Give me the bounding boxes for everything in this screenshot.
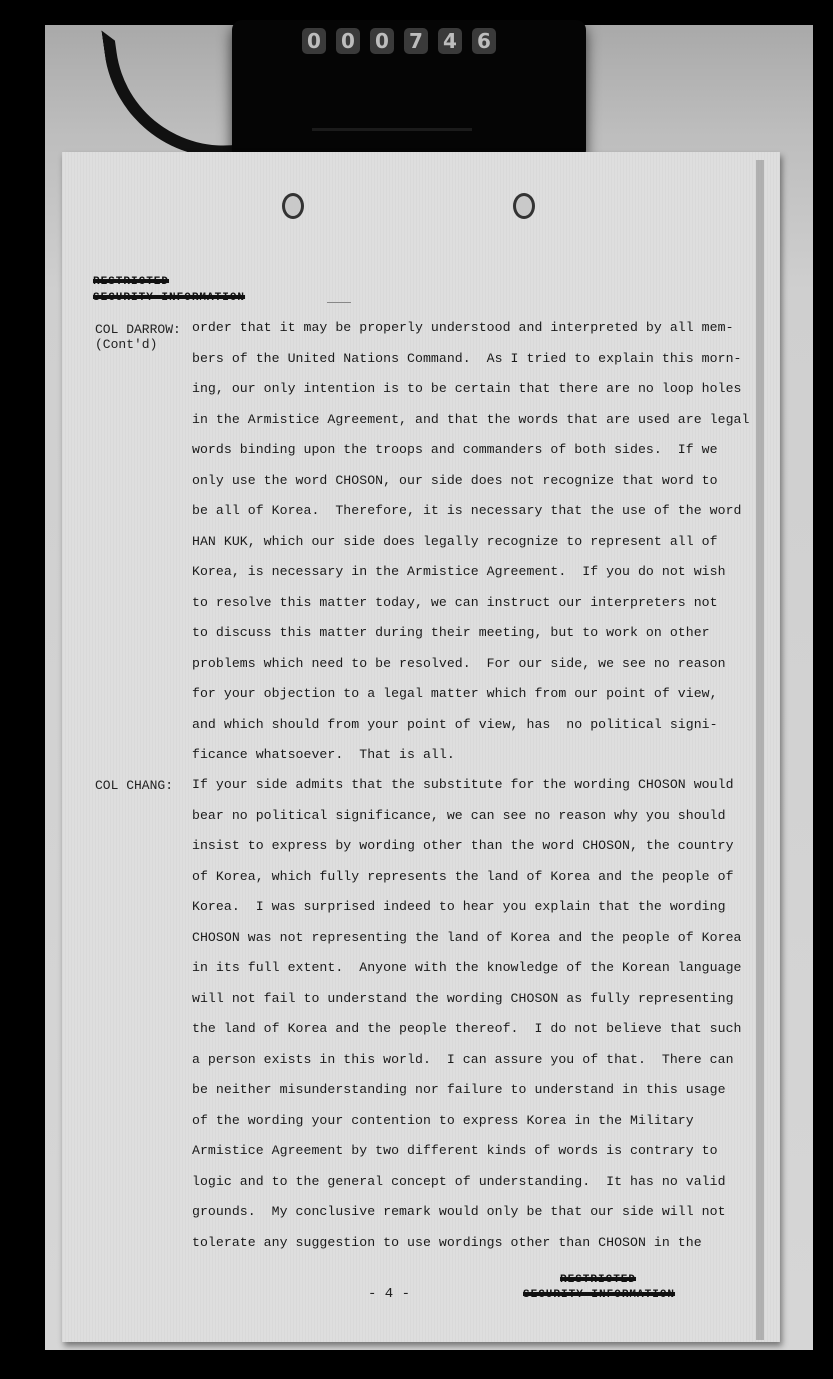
page-number: - 4 -: [368, 1286, 410, 1302]
text-line: insist to express by wording other than …: [192, 831, 732, 862]
counter-digit: 7: [404, 28, 428, 54]
text-line: in its full extent. Anyone with the know…: [192, 953, 732, 984]
frame-counter: 0 0 0 7 4 6: [232, 20, 586, 160]
text-line: a person exists in this world. I can ass…: [192, 1045, 732, 1076]
text-line: only use the word CHOSON, our side does …: [192, 466, 732, 497]
text-line: bers of the United Nations Command. As I…: [192, 344, 732, 375]
text-line: and which should from your point of view…: [192, 710, 732, 741]
counter-digit: 6: [472, 28, 496, 54]
punch-hole-left-icon: [282, 193, 304, 219]
counter-slot: [312, 128, 472, 131]
footer-stamp-security: SECURITY INFORMATION: [523, 1289, 675, 1301]
text-line: of the wording your contention to expres…: [192, 1106, 732, 1137]
text-line: to resolve this matter today, we can ins…: [192, 588, 732, 619]
punch-hole-right-icon: [513, 193, 535, 219]
text-line: be neither misunderstanding nor failure …: [192, 1075, 732, 1106]
speaker-label-darrow: COL DARROW: (Cont'd): [95, 322, 181, 352]
text-line: order that it may be properly understood…: [192, 313, 732, 344]
header-stamp-restricted: RESTRICTED: [93, 276, 169, 288]
text-line: tolerate any suggestion to use wordings …: [192, 1228, 732, 1259]
text-line: logic and to the general concept of unde…: [192, 1167, 732, 1198]
speech-chang: If your side admits that the substitute …: [192, 770, 732, 1258]
speaker-label-chang: COL CHANG:: [95, 778, 173, 793]
text-line: HAN KUK, which our side does legally rec…: [192, 527, 732, 558]
counter-digit: 4: [438, 28, 462, 54]
text-line: Armistice Agreement by two different kin…: [192, 1136, 732, 1167]
text-line: be all of Korea. Therefore, it is necess…: [192, 496, 732, 527]
text-line: bear no political significance, we can s…: [192, 801, 732, 832]
page-edge-shadow: [756, 160, 764, 1340]
text-line: Korea. I was surprised indeed to hear yo…: [192, 892, 732, 923]
text-line: in the Armistice Agreement, and that the…: [192, 405, 732, 436]
header-stamp-security: SECURITY INFORMATION: [93, 292, 245, 304]
text-line: words binding upon the troops and comman…: [192, 435, 732, 466]
header-rule: [327, 302, 351, 303]
text-line: to discuss this matter during their meet…: [192, 618, 732, 649]
text-line: the land of Korea and the people thereof…: [192, 1014, 732, 1045]
counter-digit: 0: [302, 28, 326, 54]
counter-digit: 0: [370, 28, 394, 54]
speech-darrow: order that it may be properly understood…: [192, 313, 732, 771]
text-line: ing, our only intention is to be certain…: [192, 374, 732, 405]
text-line: Korea, is necessary in the Armistice Agr…: [192, 557, 732, 588]
footer-stamp-restricted: RESTRICTED: [560, 1274, 636, 1286]
text-line: of Korea, which fully represents the lan…: [192, 862, 732, 893]
text-line: If your side admits that the substitute …: [192, 770, 732, 801]
text-line: problems which need to be resolved. For …: [192, 649, 732, 680]
text-line: CHOSON was not representing the land of …: [192, 923, 732, 954]
frame-counter-digits: 0 0 0 7 4 6: [302, 28, 496, 54]
text-line: grounds. My conclusive remark would only…: [192, 1197, 732, 1228]
text-line: will not fail to understand the wording …: [192, 984, 732, 1015]
text-line: ficance whatsoever. That is all.: [192, 740, 732, 771]
counter-digit: 0: [336, 28, 360, 54]
text-line: for your objection to a legal matter whi…: [192, 679, 732, 710]
